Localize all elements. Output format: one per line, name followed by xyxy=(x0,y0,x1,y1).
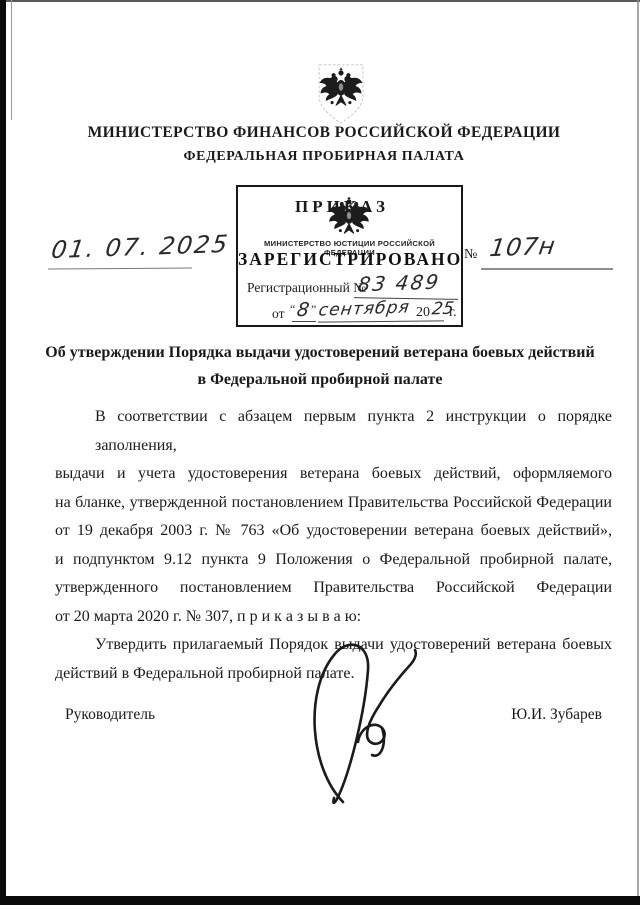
stamp-registered-label: ЗАРЕГИСТРИРОВАНО xyxy=(238,249,461,270)
coat-of-arms-icon xyxy=(311,63,371,125)
signature-autograph xyxy=(288,636,440,808)
stamp-day-underline xyxy=(292,321,316,322)
scanned-order-document: МИНИСТЕРСТВО ФИНАНСОВ РОССИЙСКОЙ ФЕДЕРАЦ… xyxy=(0,0,640,905)
handwritten-order-number: 107н xyxy=(488,232,558,262)
handwritten-order-date: 01. 07. 2025 xyxy=(50,230,232,264)
signatory-name: Ю.И. Зубарев xyxy=(511,706,602,724)
document-title-line2: в Федеральной пробирной палате xyxy=(40,366,600,393)
stamp-quote-close: ” xyxy=(311,302,316,317)
stamp-month-handwritten: сентября xyxy=(317,297,411,320)
stamp-reg-number-label: Регистрационный № xyxy=(247,280,366,296)
signatory-position: Руководитель xyxy=(65,706,155,724)
body-line: В соответствии с абзацем первым пункта 2… xyxy=(55,403,612,460)
stamp-eagle-icon xyxy=(326,196,372,238)
document-title-line1: Об утверждении Порядка выдачи удостовере… xyxy=(40,339,600,366)
body-line: от 19 декабря 2003 г. № 763 «Об удостове… xyxy=(55,517,612,546)
number-underline xyxy=(481,268,613,270)
stamp-reg-number-handwritten: 83 489 xyxy=(356,270,442,297)
scan-edge-left-thin xyxy=(11,0,12,120)
date-underline xyxy=(48,267,192,269)
scan-edge-bottom xyxy=(0,896,640,905)
body-line: и подпунктом 9.12 пункта 9 Положения о Ф… xyxy=(55,546,612,575)
body-line: утвержденного постановлением Правительст… xyxy=(55,574,612,603)
body-line: выдачи и учета удостоверения ветерана бо… xyxy=(55,460,612,489)
document-title: Об утверждении Порядка выдачи удостовере… xyxy=(40,339,600,393)
registration-stamp: МИНИСТЕРСТВО ЮСТИЦИИ РОССИЙСКОЙ ФЕДЕРАЦИ… xyxy=(236,185,463,327)
stamp-month-underline xyxy=(318,320,444,322)
stamp-quote-open: “ xyxy=(290,302,295,317)
stamp-date-prefix: от xyxy=(272,306,284,322)
order-number-sign: № xyxy=(464,247,477,263)
agency-name: ФЕДЕРАЛЬНАЯ ПРОБИРНАЯ ПАЛАТА xyxy=(0,149,640,165)
stamp-day-handwritten: 8 xyxy=(295,299,310,321)
ministry-name: МИНИСТЕРСТВО ФИНАНСОВ РОССИЙСКОЙ ФЕДЕРАЦ… xyxy=(0,124,640,142)
stamp-year-printed: 20 xyxy=(416,305,430,321)
stamp-year-suffix: г. xyxy=(449,305,457,321)
scan-edge-top xyxy=(0,0,640,2)
body-line: от 20 марта 2020 г. № 307, п р и к а з ы… xyxy=(55,603,612,632)
body-line: на бланке, утвержденной постановлением П… xyxy=(55,489,612,518)
